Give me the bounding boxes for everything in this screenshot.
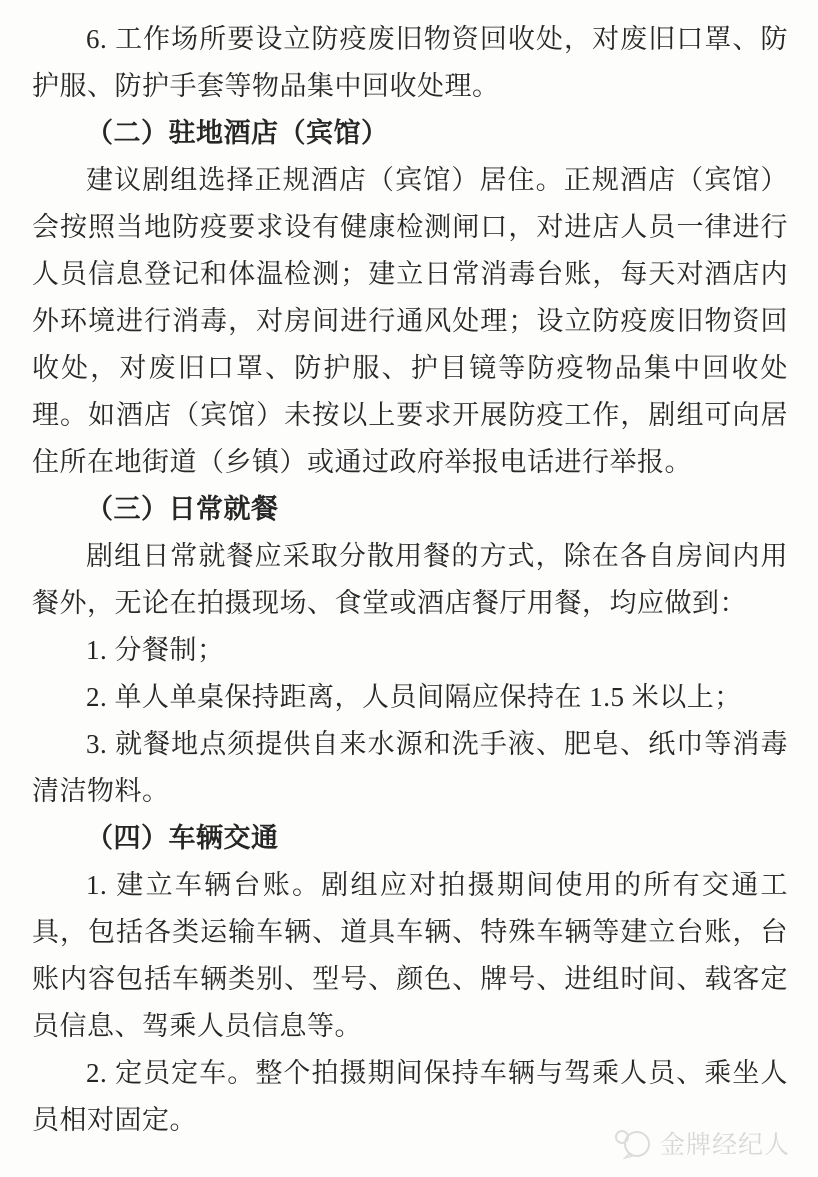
document-page: 6. 工作场所要设立防疫废旧物资回收处，对废旧口罩、防护服、防护手套等物品集中回… <box>0 0 818 1177</box>
watermark-label: 金牌经纪人 <box>660 1125 790 1161</box>
list-item: 6. 工作场所要设立防疫废旧物资回收处，对废旧口罩、防护服、防护手套等物品集中回… <box>32 16 788 110</box>
section-heading-dining: （三）日常就餐 <box>32 486 788 533</box>
section-heading-hotel: （二）驻地酒店（宾馆） <box>32 110 788 157</box>
watermark: 金牌经纪人 <box>613 1125 790 1161</box>
brand-logo-icon <box>613 1126 653 1160</box>
list-item: 1. 分餐制； <box>32 627 788 674</box>
document-body: 6. 工作场所要设立防疫废旧物资回收处，对废旧口罩、防护服、防护手套等物品集中回… <box>32 16 788 1144</box>
list-item: 1. 建立车辆台账。剧组应对拍摄期间使用的所有交通工具，包括各类运输车辆、道具车… <box>32 862 788 1050</box>
list-item: 3. 就餐地点须提供自来水源和洗手液、肥皂、纸巾等消毒清洁物料。 <box>32 721 788 815</box>
section-heading-traffic: （四）车辆交通 <box>32 815 788 862</box>
paragraph: 剧组日常就餐应采取分散用餐的方式，除在各自房间内用餐外，无论在拍摄现场、食堂或酒… <box>32 533 788 627</box>
list-item: 2. 单人单桌保持距离，人员间隔应保持在 1.5 米以上； <box>32 674 788 721</box>
paragraph: 建议剧组选择正规酒店（宾馆）居住。正规酒店（宾馆）会按照当地防疫要求设有健康检测… <box>32 157 788 486</box>
